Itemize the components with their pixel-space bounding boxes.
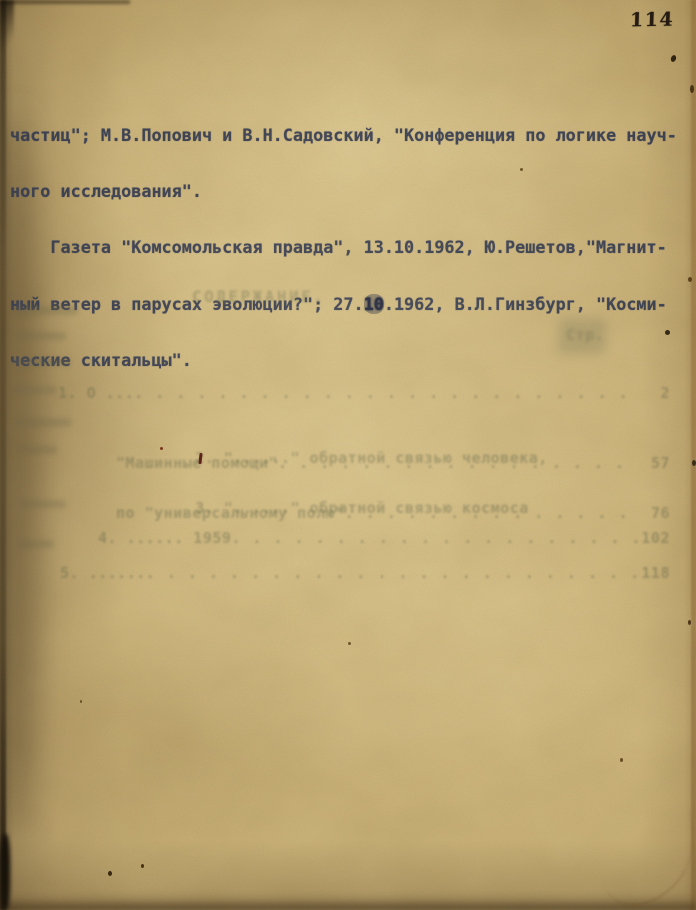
margin-bleed-smudge: [20, 500, 66, 508]
typed-line-5: ческие скитальцы".: [10, 351, 694, 370]
typed-line-2: ного исследования".: [10, 182, 694, 201]
margin-bleed-smudge: [12, 386, 56, 394]
toc-entry-text: 3. "......" обратной связью космоса: [195, 499, 529, 517]
page-number: 114: [630, 9, 675, 32]
paper-speck: [688, 277, 692, 282]
toc-entry-continuation: по "универсальному полю" . . . . . . . .…: [116, 504, 670, 522]
margin-bleed-smudge: [18, 540, 54, 548]
paper-crease-mark: [594, 812, 696, 910]
paper-speck: [665, 330, 670, 335]
toc-page-number: 118: [638, 564, 670, 582]
top-left-corner-shadow: [0, 0, 14, 52]
typed-line-3: Газета "Комсомольская правда", 13.10.196…: [10, 238, 694, 257]
toc-entry-text: "Машинные помощи": [116, 454, 278, 472]
toc-entry: 4. ...... 1959 . . . . . . . . . . . . .…: [98, 529, 670, 547]
paper-speck: [688, 620, 691, 625]
toc-entry: 5. ...... . . . . . . . . . . . . . . . …: [60, 564, 670, 582]
paper-speck: [108, 871, 112, 876]
overstruck-date-digits: 10: [364, 294, 384, 314]
toc-page-number: 76: [638, 504, 670, 522]
toc-entry: 3. "......" обратной связью космоса: [138, 481, 529, 535]
paper-speck: [348, 642, 351, 645]
ink-speck-red: [160, 447, 163, 450]
typed-text-block: частиц"; М.В.Попович и В.Н.Садовский, "К…: [10, 88, 694, 408]
toc-dot-leader: . . . . . . . . . . . . . . . . . . . . …: [345, 504, 638, 522]
toc-page-number: 57: [638, 454, 670, 472]
bottom-page-edge: [0, 898, 696, 910]
margin-bleed-smudge: [15, 418, 71, 427]
typed-line-4-post: .1962, В.Л.Гинзбург, "Косми-: [384, 294, 667, 314]
toc-dot-leader: . . . . . . . . . . . . . . . . . . . . …: [278, 454, 638, 472]
paper-speck: [692, 460, 696, 466]
toc-dot-leader: . . . . . . . . . . . . . . . . . . . . …: [146, 564, 638, 582]
toc-dot-leader: . . . . . . . . . . . . . . . . . . . . …: [231, 529, 638, 547]
margin-bleed-smudge: [16, 332, 66, 340]
margin-bleed-smudge: [13, 358, 71, 366]
toc-entry-text: 2. "......" обратной связью человека,: [195, 449, 548, 467]
paper-speck: [670, 54, 677, 62]
bottom-left-corner-shadow: [0, 834, 10, 910]
paper-speck: [520, 168, 523, 171]
typed-line-4: ный ветер в парусах эволюции?"; 27.10.19…: [10, 295, 694, 314]
toc-entry-text: 5. ......: [60, 564, 146, 582]
paper-speck: [80, 700, 82, 703]
top-page-edge: [0, 0, 130, 4]
toc-entry-text: по "универсальному полю": [116, 504, 345, 522]
binding-edge-shadow: [0, 0, 6, 910]
toc-entry-text: 4. ...... 1959: [98, 529, 231, 547]
paper-speck: [141, 864, 144, 868]
margin-bleed-smudge: [17, 446, 57, 454]
scanned-document-page: 114 частиц"; М.В.Попович и В.Н.Садовский…: [0, 0, 696, 910]
typed-line-1: частиц"; М.В.Попович и В.Н.Садовский, "К…: [10, 126, 694, 145]
ink-speck-red: [198, 453, 202, 464]
toc-page-number: 102: [638, 529, 670, 547]
margin-bleed-smudge: [14, 306, 78, 315]
paper-speck: [620, 758, 623, 762]
paper-speck: [690, 85, 694, 93]
